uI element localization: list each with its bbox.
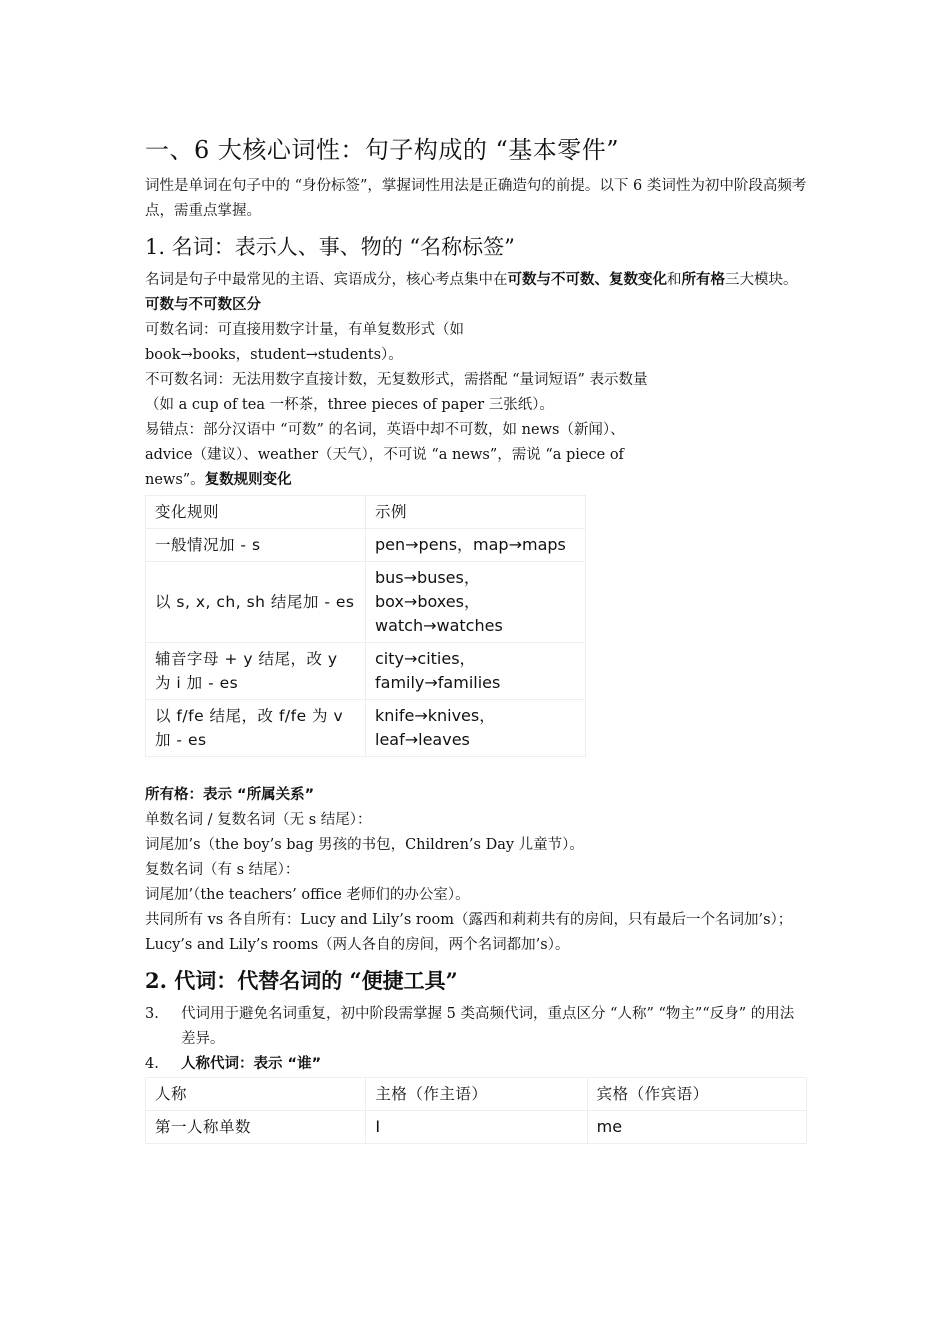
table-cell: 一般情况加 - s [146,529,366,562]
table-cell: 以 s, x, ch, sh 结尾加 - es [146,562,366,643]
uncountable-line-1: 不可数名词：无法用数字直接计数，无复数形式，需搭配 “量词短语” 表示数量 [145,368,807,393]
noun-intro-text: 名词是句子中最常见的主语、宾语成分，核心考点集中在 [145,272,508,288]
table-header-row: 变化规则 示例 [146,496,586,529]
noun-heading: 1. 名词：表示人、事、物的 “名称标签” [145,230,807,264]
possessive-line: 词尾加’（the teachers’ office 老师们的办公室）。 [145,883,807,908]
table-row: 以 f/fe 结尾，改 f/fe 为 v 加 - es knife→knives… [146,700,586,757]
table-row: 辅音字母 + y 结尾，改 y 为 i 加 - es city→cities，f… [146,643,586,700]
possessive-line: 词尾加’s（the boy’s bag 男孩的书包，Children’s Day… [145,833,807,858]
list-number: 4. [145,1052,181,1077]
list-text: 人称代词：表示 “谁” [181,1052,807,1077]
plural-heading: 复数规则变化 [205,472,292,488]
section-title: 一、6 大核心词性：句子构成的 “基本零件” [145,132,807,168]
possessive-line: 单数名词 / 复数名词（无 s 结尾）： [145,808,807,833]
possessive-line: 共同所有 vs 各自所有：Lucy and Lily’s room（露西和莉莉共… [145,908,807,933]
table-header-row: 人称 主格（作主语） 宾格（作宾语） [146,1078,807,1111]
possessive-line: 复数名词（有 s 结尾）： [145,858,807,883]
table-cell: me [587,1111,806,1144]
table-row: 以 s, x, ch, sh 结尾加 - es bus→buses， box→b… [146,562,586,643]
possessive-line: Lucy’s and Lily’s rooms（两人各自的房间，两个名词都加’s… [145,933,807,958]
table-header-cell: 变化规则 [146,496,366,529]
countable-line-1: 可数名词：可直接用数字计量，有单复数形式（如 [145,318,807,343]
countable-heading: 可数与不可数区分 [145,293,807,318]
table-cell: pen→pens，map→maps [366,529,586,562]
table-cell: bus→buses， box→boxes，watch→watches [366,562,586,643]
table-header-cell: 主格（作主语） [366,1078,587,1111]
pitfall-line-3: news”。复数规则变化 [145,468,807,493]
noun-intro-bold-2: 所有格 [682,272,726,288]
pronoun-heading: 2. 代词：代替名词的 “便捷工具” [145,964,807,998]
pitfall-line-2: advice（建议）、weather（天气），不可说 “a news”，需说 “… [145,443,807,468]
table-row: 第一人称单数 I me [146,1111,807,1144]
table-header-cell: 宾格（作宾语） [587,1078,806,1111]
intro-paragraph: 词性是单词在句子中的 “身份标签”，掌握词性用法是正确造句的前提。以下 6 类词… [145,174,807,224]
personal-pronoun-table: 人称 主格（作主语） 宾格（作宾语） 第一人称单数 I me [145,1077,807,1144]
list-text: 代词用于避免名词重复，初中阶段需掌握 5 类高频代词，重点区分 “人称” “物主… [181,1002,807,1052]
table-header-cell: 人称 [146,1078,366,1111]
table-cell: 第一人称单数 [146,1111,366,1144]
table-cell: 辅音字母 + y 结尾，改 y 为 i 加 - es [146,643,366,700]
document-page: 一、6 大核心词性：句子构成的 “基本零件” 词性是单词在句子中的 “身份标签”… [145,132,807,1144]
table-row: 一般情况加 - s pen→pens，map→maps [146,529,586,562]
plural-rules-table: 变化规则 示例 一般情况加 - s pen→pens，map→maps 以 s,… [145,495,586,757]
countable-line-2: book→books，student→students）。 [145,343,807,368]
possessive-heading: 所有格：表示 “所属关系” [145,783,807,808]
pronoun-item-3: 3.代词用于避免名词重复，初中阶段需掌握 5 类高频代词，重点区分 “人称” “… [145,1002,807,1052]
noun-intro-end: 三大模块。 [725,272,798,288]
pronoun-item-4: 4.人称代词：表示 “谁” [145,1052,807,1077]
list-number: 3. [145,1002,181,1052]
table-cell: I [366,1111,587,1144]
noun-intro-mid: 和 [667,272,682,288]
pitfall-line-1: 易错点：部分汉语中 “可数” 的名词，英语中却不可数，如 news（新闻）、 [145,418,807,443]
table-cell: city→cities，family→families [366,643,586,700]
table-header-cell: 示例 [366,496,586,529]
noun-intro: 名词是句子中最常见的主语、宾语成分，核心考点集中在可数与不可数、复数变化和所有格… [145,268,807,293]
uncountable-line-2: （如 a cup of tea 一杯茶，three pieces of pape… [145,393,807,418]
table-cell: knife→knives，leaf→leaves [366,700,586,757]
noun-intro-bold-1: 可数与不可数、复数变化 [508,272,668,288]
pitfall-line-3-text: news”。 [145,472,205,488]
table-cell: 以 f/fe 结尾，改 f/fe 为 v 加 - es [146,700,366,757]
